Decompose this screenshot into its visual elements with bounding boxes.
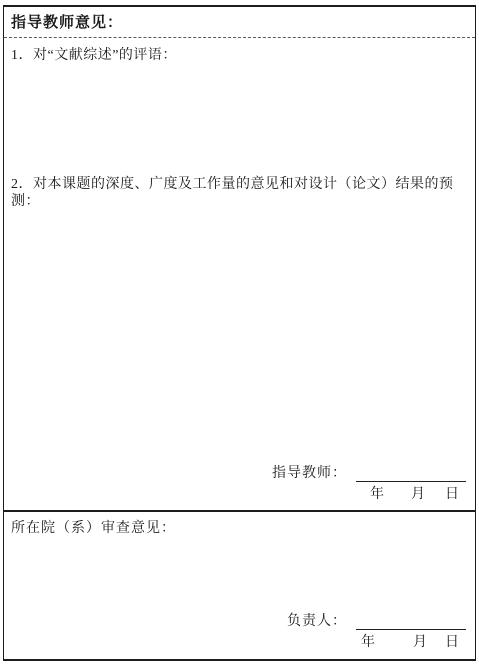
department-section-title: 所在院（系）审查意见： [4, 512, 475, 537]
advisor-signature-label: 指导教师： [272, 465, 347, 482]
department-date-month-label: 月 [413, 635, 427, 651]
advisor-signature-row: 指导教师： [4, 465, 475, 482]
review-form-sheet: 指导教师意见： 1．对“文献综述”的评语： 2．对本课题的深度、广度及工作量的意… [3, 5, 476, 661]
literature-review-comment-label: 1．对“文献综述”的评语： [11, 47, 465, 64]
literature-review-comment-area[interactable] [11, 64, 465, 167]
literature-review-comment-block: 1．对“文献综述”的评语： [4, 38, 475, 170]
department-date-year-label: 年 [361, 635, 375, 651]
director-signature-row: 负责人： [4, 613, 475, 630]
department-date-day-label: 日 [445, 635, 459, 651]
topic-assessment-block: 2．对本课题的深度、广度及工作量的意见和对设计（论文）结果的预测： [4, 170, 475, 465]
topic-assessment-area[interactable] [11, 210, 465, 479]
advisor-date-month-label: 月 [411, 487, 425, 503]
advisor-date-year-label: 年 [370, 487, 384, 503]
advisor-date-day-label: 日 [445, 487, 459, 503]
department-comment-area[interactable] [4, 537, 475, 613]
topic-assessment-label: 2．对本课题的深度、广度及工作量的意见和对设计（论文）结果的预测： [11, 176, 465, 210]
review-form-page: 指导教师意见： 1．对“文献综述”的评语： 2．对本课题的深度、广度及工作量的意… [0, 0, 479, 667]
advisor-opinion-section: 指导教师意见： 1．对“文献综述”的评语： 2．对本课题的深度、广度及工作量的意… [4, 7, 475, 510]
advisor-section-title: 指导教师意见： [4, 7, 475, 38]
director-signature-label: 负责人： [287, 613, 347, 630]
department-date-row: 年 月 日 [4, 630, 475, 659]
director-signature-line[interactable] [356, 614, 466, 630]
department-review-section: 所在院（系）审查意见： 负责人： 年 月 日 [4, 510, 475, 659]
advisor-signature-line[interactable] [356, 466, 466, 482]
advisor-date-row: 年 月 日 [4, 482, 475, 510]
